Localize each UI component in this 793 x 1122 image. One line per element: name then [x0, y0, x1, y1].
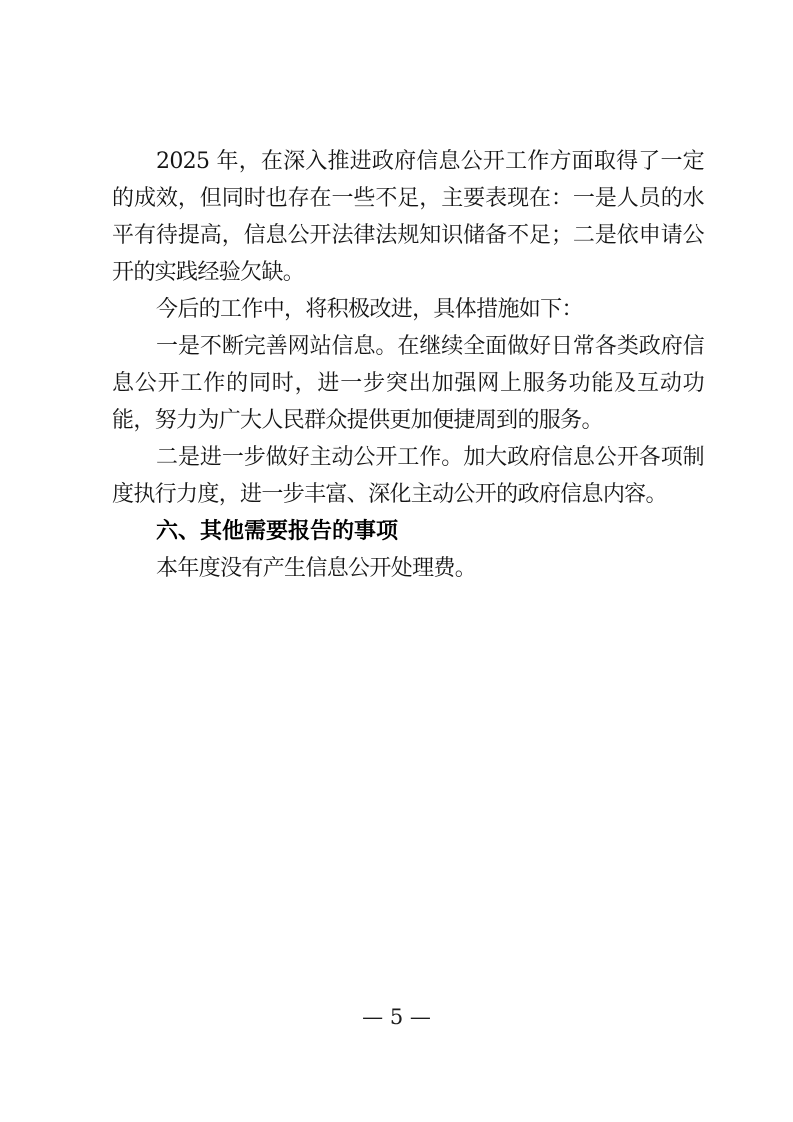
paragraph-measure-one-website: 一是不断完善网站信息。在继续全面做好日常各类政府信息公开工作的同时，进一步突出加…: [112, 328, 704, 439]
paragraph-no-processing-fee: 本年度没有产生信息公开处理费。: [112, 550, 704, 587]
paragraph-achievements-and-shortcomings: 2025 年，在深入推进政府信息公开工作方面取得了一定的成效，但同时也存在一些不…: [112, 143, 704, 291]
document-page: 2025 年，在深入推进政府信息公开工作方面取得了一定的成效，但同时也存在一些不…: [0, 0, 793, 1122]
document-body: 2025 年，在深入推进政府信息公开工作方面取得了一定的成效，但同时也存在一些不…: [112, 143, 704, 587]
section-heading-other-matters: 六、其他需要报告的事项: [112, 513, 704, 550]
page-number: — 5 —: [0, 1002, 793, 1032]
paragraph-measure-two-proactive-disclosure: 二是进一步做好主动公开工作。加大政府信息公开各项制度执行力度，进一步丰富、深化主…: [112, 439, 704, 513]
paragraph-future-work-intro: 今后的工作中，将积极改进，具体措施如下：: [112, 291, 704, 328]
